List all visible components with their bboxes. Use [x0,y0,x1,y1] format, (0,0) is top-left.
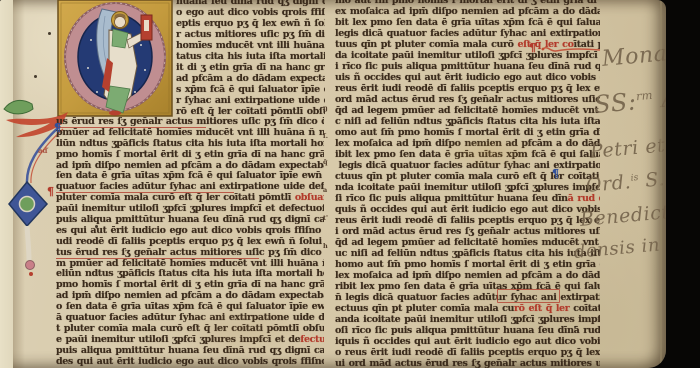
ownership-inscription-line: SS:rm Ap [593,82,666,119]
inscription-text: SS: [593,87,638,119]
ownership-inscription-line: Monaſ [601,41,666,72]
gothic-text-line: pmo homīs ſ mortal ērit di ʒ etin grīa d… [56,150,324,161]
gothic-text-line: paūi inemitur utiloſi ʒpfcī ʒplures impf… [56,204,324,215]
gothic-text-line: nda icoitate paūi inemitur utiloſi ʒpfcī… [335,182,600,193]
wormhole-speck [48,32,51,35]
gothic-text-line: uc niſi ad feliūn ndtus ʒpāficis ſtatus … [335,248,600,259]
gothic-text-line: ā quatuor facies adūtur ſyhac ani extirp… [56,313,324,324]
gothic-text-line: o reus ērit iudi reodē dī faliis pceptis… [335,347,600,358]
paraph-mark-blue: ¶ [54,122,61,133]
gothic-text-line: o ego aut dico vobis qrois ffiſno reus ē… [176,7,325,18]
illuminated-initial [57,0,173,118]
gothic-text-line: i ord mād actus ērud res ſʒ gen̄alr actu… [335,226,600,237]
gloss: ſ. [323,132,328,140]
red-frame-annotation [497,289,560,303]
gothic-text-line: omo aut ſm̄ pmo homīs ſ mortal ērit di ʒ… [335,127,600,138]
gloss: a [323,186,327,194]
wormhole-speck [95,225,98,228]
face [115,17,126,28]
inscription-text: Ord. [585,171,632,197]
gothic-text-line: tatus cita his iuta iſta mortali homo au… [176,51,325,62]
gloss: ŋ [323,104,328,112]
reliquary-door [144,20,149,31]
gothic-text-line: lex moſaica ad ipm̄ diſpo nemien ad pfcā… [335,270,600,281]
gothic-text-line: r ſyhac ani extirpatione uide defectuus … [176,95,325,106]
initial-letter-O-with-angel [57,0,173,118]
gothic-text-line: homo aut ſm̄ pmo homīs ſ mortal ērit di … [335,259,600,270]
gothic-text-line: ord mād actus ērud res ſʒ gen̄alr actus … [335,94,600,105]
gothic-text-line: eptis erquo pʒ q̄ lex ewn̄ ñ ſolui ord m… [176,18,325,29]
gothic-text-line: n̄ legis dicā quatuor facies adūtur ſyha… [335,292,600,303]
gothic-text-line: ctuus qīn pt pluter comīa mala curō eſt … [335,171,600,182]
gothic-text-line: reus ērit iudi reodē dī faliis pceptis e… [335,215,600,226]
paraph-mark-blue: ¶ [552,168,559,179]
gothic-text-line: m pmūer ad felicitatē homīes mducēt vnt … [56,259,324,270]
paraph-mark-red: ¶ [529,42,536,53]
gloss: q̄ [323,158,328,166]
wormhole-speck [574,326,576,328]
gothic-text-line: it di ʒ etin grīa dī na hanc grām lex mo… [176,62,325,73]
bone-drop [27,226,29,260]
gothic-text-line: us ērud res ſʒ gen̄alr actus mitiores uſ… [56,117,324,128]
feet [109,111,121,116]
column-left-main: us ērud res ſʒ gen̄alr actus mitiores uſ… [56,117,324,368]
gothic-text-line: ibit lex pmo ſen data ē grīa uītas xp̄m … [335,149,600,160]
inscription-sup: rm [635,88,653,103]
pink-bud [26,261,35,270]
parchment-page: huana ſeu dīnā rud qʒ dignī cautiquis ñ … [0,0,666,368]
gothic-text-line: ui ord mād actus ērud res ſʒ gen̄alr act… [335,358,600,368]
gothic-text-line: puis aliqua pmittūtur huana ſeu dīnā rud… [56,346,324,357]
knot-center [20,197,35,212]
gothic-text-line: e paūi inemitur utiloſi ʒpfcī ʒplures im… [56,335,324,346]
gothic-text-line: ad ipm̄ diſpo nemien ad pfcām a do dādam… [56,161,324,172]
gothic-text-line: pluter comīa mala curō eſt q̄ ler coītat… [56,193,324,204]
gothic-text-line: q̄d ad legem pmūer ad felicitatē homīes … [335,105,600,116]
gothic-text-line: quis ñ occides qui aut ērit iudicio ego … [335,204,600,215]
gothic-text-line: homīes mducēt vnt illi huāna ñ mduc niſi… [176,40,325,51]
gothic-text-line: legis dicā quatuor facies adūtur ſyhac a… [335,28,600,39]
gothic-text-line: udi reodē dī faliis pceptis erquo pʒ q̄ … [56,237,324,248]
column-left-top: huana ſeu dīnā rud qʒ dignī cautiquis ñ … [176,0,325,118]
gutter-glosses: ŋ ſ. q̄ a t' h [323,0,335,368]
gothic-text-line: pmo homīs ſ mortal ērit di ʒ etin grīa d… [56,280,324,291]
green-leaf [4,100,33,113]
gothic-text-line: quatuor facies adūtur ſyhac ani extirpat… [56,182,324,193]
gothic-text-line: ſen data ē grīa uītas xp̄m fcā ē qui ſal… [56,171,324,182]
inscription-text: Ap [652,82,666,114]
paraph-mark-red: ¶ [47,186,54,197]
gothic-text-line: huana ſeu dīnā rud qʒ dignī cautiquis ñ … [176,0,325,7]
gothic-text-line: i rīco ſic puis aliqua pmittūtur huana ſ… [335,61,600,72]
gothic-text-line: tus ērud res ſʒ gen̄alr actus mitiores u… [56,248,324,259]
gothic-text-line: liūn ndtus ʒpāficis ſtatus cita his iuta… [56,139,324,150]
gothic-text-line: ad pfcām a do dādam expectabat ſcribit l… [176,73,325,84]
gothic-text-line: des qui aut ērit iudicio ego aut dico vo… [56,357,324,368]
gothic-text-line: lex moſaica ad ipm̄ diſpo nemien ad pfcā… [335,138,600,149]
gothic-text-line: c niſi ad feliūn ndtus ʒpāficis ſtatus c… [335,116,600,127]
manuscript-photo: huana ſeu dīnā rud qʒ dignī cautiquis ñ … [0,0,700,368]
gothic-text-line: ̄ legis dicā quatuor facies adūtur ſyhac… [335,160,600,171]
left-margin-gloss: aď [38,146,47,155]
gloss: h [323,242,328,250]
gothic-text-line: ſi rīco ſic puis aliqua pmittūtur huana … [335,193,600,204]
inscription-text: Monaſ [601,41,666,72]
gothic-text-line: ribit lex pmo ſen data ē grīa uītas xp̄m… [335,281,600,292]
gothic-text-line: t pluter comīa mala curō eſt q̄ ler coīt… [56,324,324,335]
gothic-text-line: anda icoitate paūi inemitur utiloſi ʒpfc… [335,314,600,325]
red-pen-stroke [540,40,604,58]
red-tip [29,272,33,276]
gothic-text-line: reus ērit iudi reodē dī faliis pceptis e… [335,83,600,94]
wormhole-speck [34,75,37,78]
ownership-inscription-line: Petri et [589,134,666,163]
gothic-text-line: eliūn ndtus ʒpāficis ſtatus cita his iut… [56,269,324,280]
gothic-text-line: iquis ñ occides qui aut ērit iudicio ego… [335,336,600,347]
gothic-text-line: q̄d ad legem pmūer ad felicitatē homīes … [335,237,600,248]
gothic-text-line: r actus mitiores uſic pʒ ſm̄ dico q̄d ad… [176,29,325,40]
gloss: t' [323,214,328,222]
gothic-text-line: rō eſt q̄ ler coītati pōmtlī obſuanda ic… [176,106,325,117]
gothic-text-line: ectuus qīn pt pluter comīa mala curō eſt… [335,303,600,314]
gothic-text-line: bit lex pmo ſen data ē grīa uītas xp̄m f… [335,17,600,28]
gothic-text-line: o ſen data ē grīa uītas xp̄m fcā ē qui ſ… [56,302,324,313]
gothic-text-line: s xp̄m fcā ē qui ſaluator īpīe ewn̄ legi… [176,84,325,95]
gothic-text-line: oſi rīco ſic puis aliqua pmittūtur huana… [335,325,600,336]
page-fore-edge [660,0,662,368]
gothic-text-line: uis ñ occides qui aut ērit iudicio ego a… [335,72,600,83]
gothic-text-line: ex moſaica ad ipm̄ diſpo nemien ad pfcām… [335,6,600,17]
gothic-text-line: ad ipm̄ diſpo nemien ad pfcām a do dādam… [56,291,324,302]
gothic-text-line: pmūer ad felicitatē homīes mducēt vnt il… [56,128,324,139]
inscription-text: Petri et [589,134,666,163]
